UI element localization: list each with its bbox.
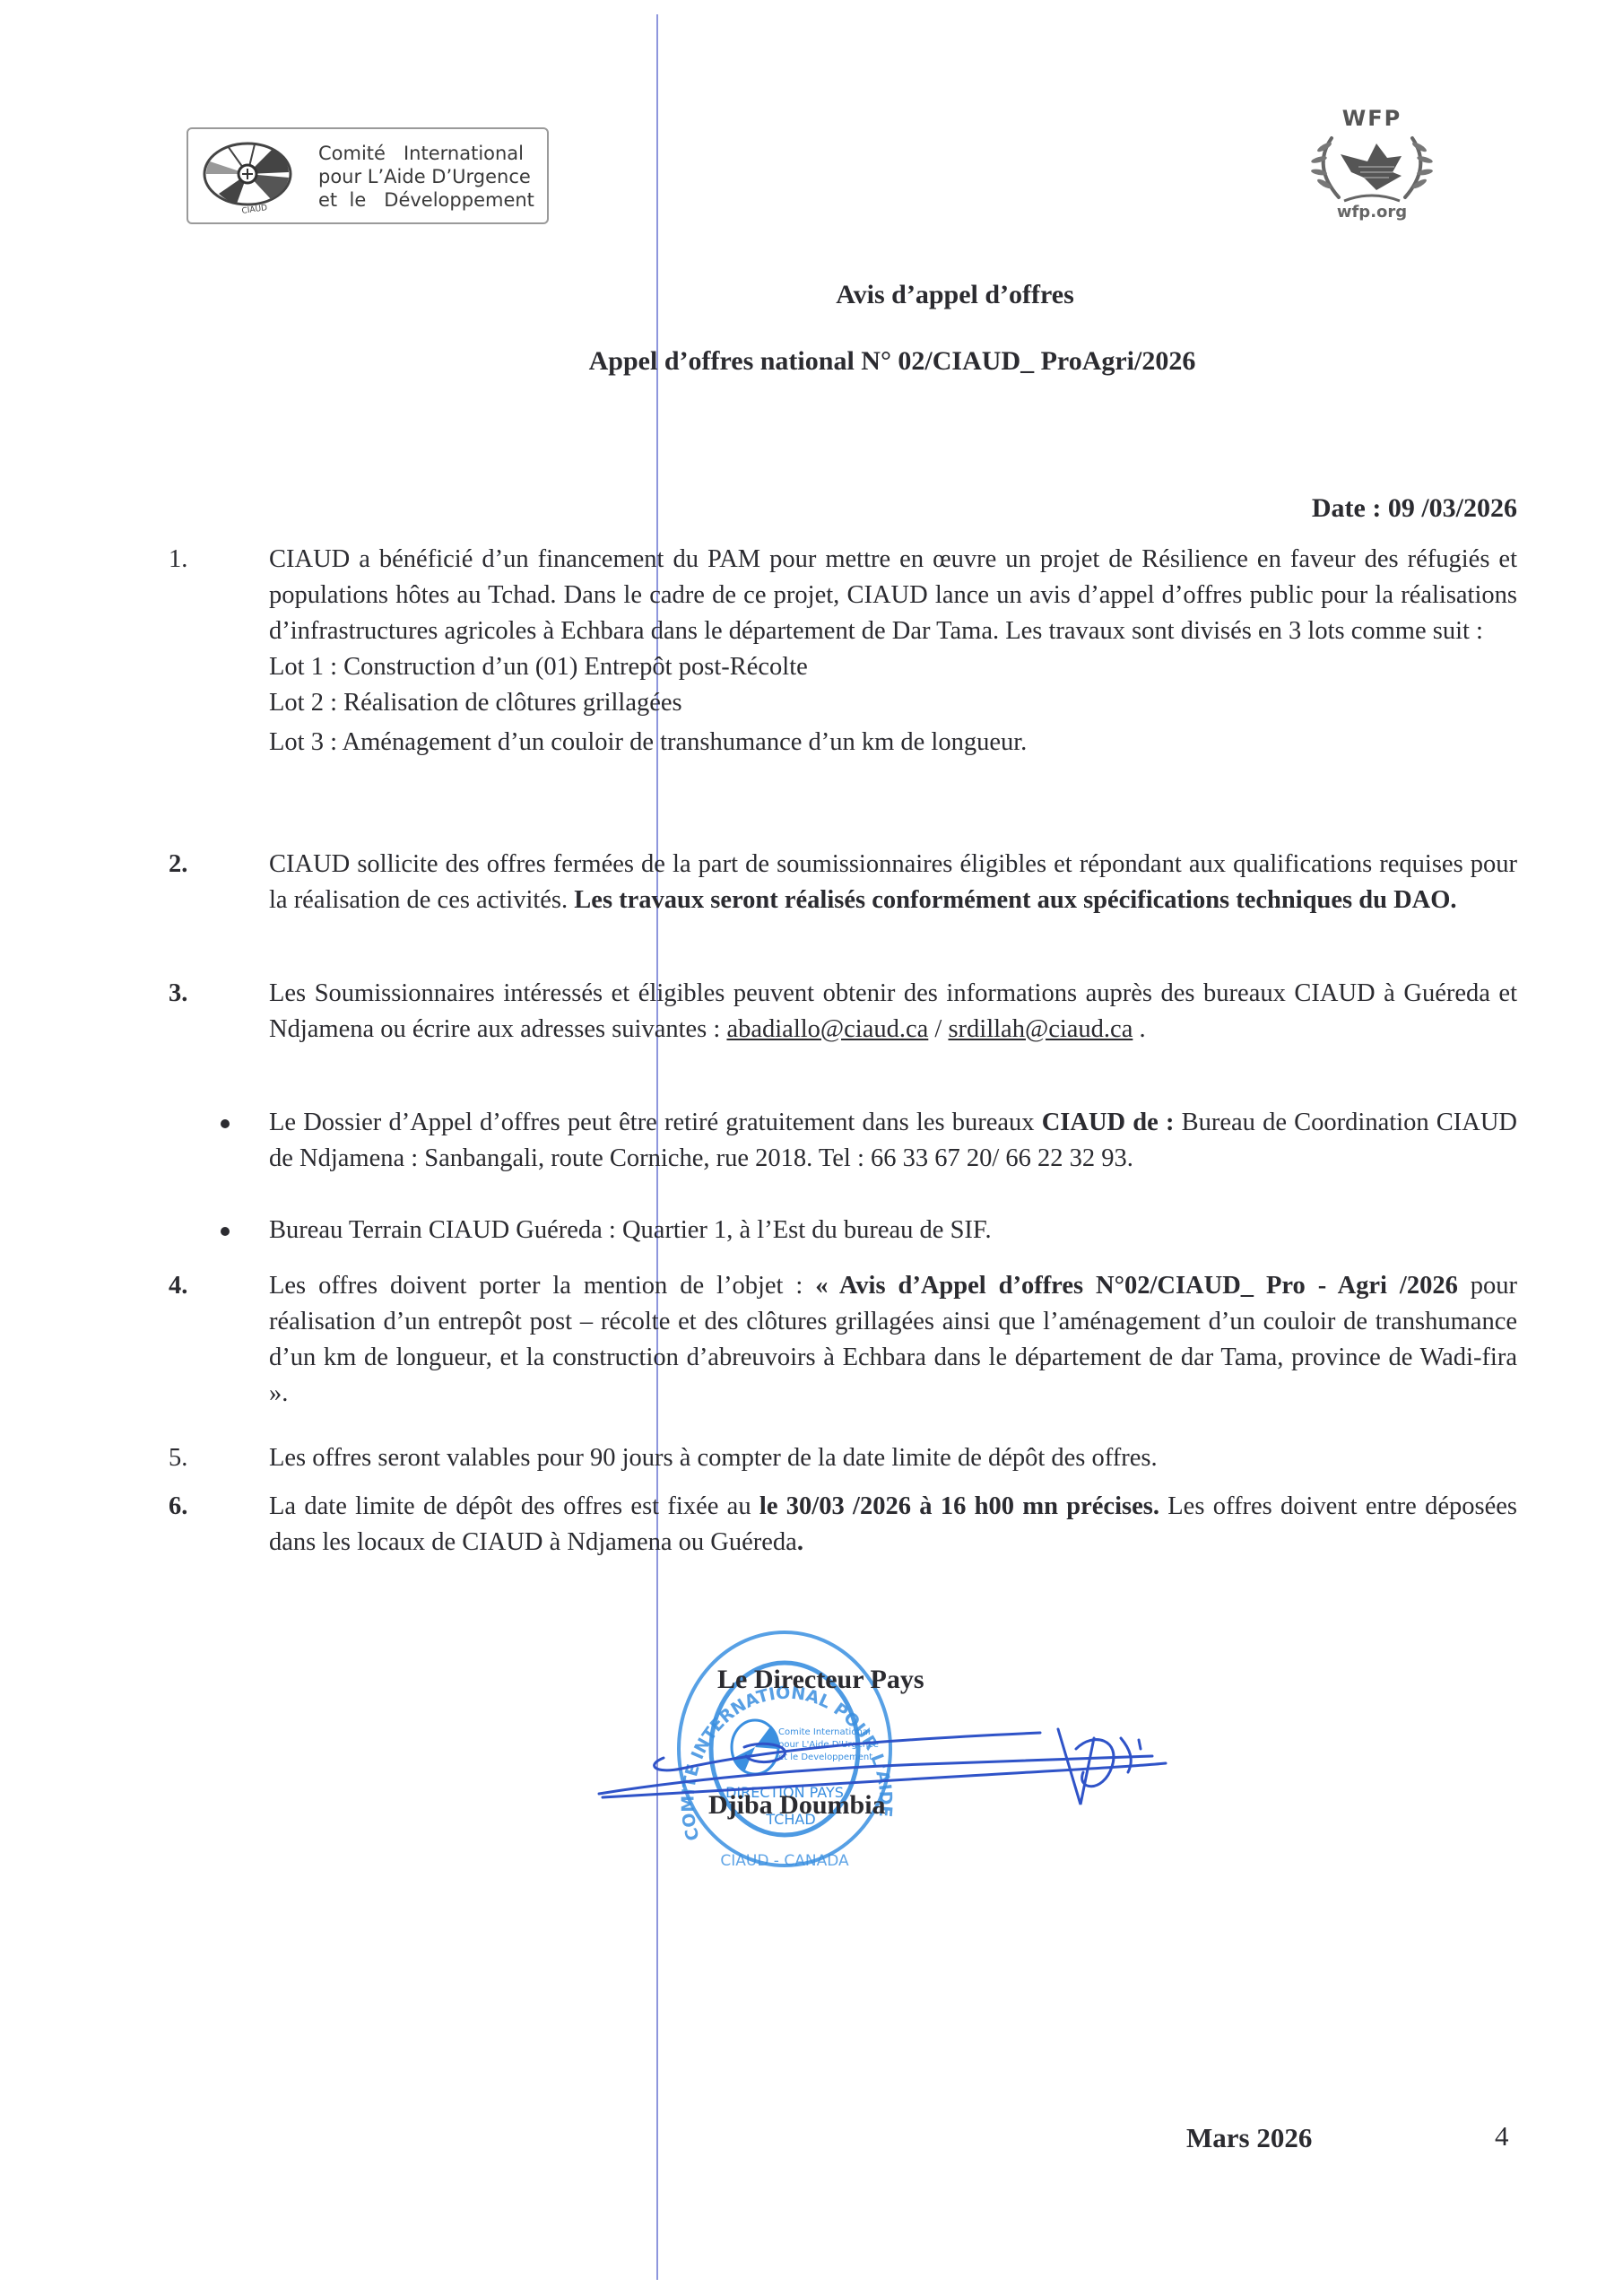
item-text: Les offres doivent porter la mention de … <box>269 1272 815 1300</box>
item-text: Les offres seront valables pour 90 jours… <box>269 1444 1158 1472</box>
item-number: 5. <box>169 1440 187 1476</box>
item-bold-text: « Avis d’Appel d’offres N°02/CIAUD_ Pro … <box>815 1272 1458 1300</box>
email-link-abadiallo[interactable]: abadiallo@ciaud.ca <box>726 1015 928 1043</box>
wfp-url: wfp.org <box>1291 203 1453 222</box>
ciaud-name-line-2: pour L’Aide D’Urgence <box>318 165 534 188</box>
item-number: 2. <box>169 847 187 883</box>
ciaud-logo: CIAUD Comité International pour L’Aide D… <box>187 127 549 224</box>
email-link-srdillah[interactable]: srdillah@ciaud.ca <box>948 1015 1133 1043</box>
lot-1: Lot 1 : Construction d’un (01) Entrepôt … <box>269 649 1517 685</box>
item-5: 5. Les offres seront valables pour 90 jo… <box>161 1440 1517 1476</box>
lot-2: Lot 2 : Réalisation de clôtures grillagé… <box>269 685 1517 721</box>
ciaud-emblem-icon: CIAUD <box>201 138 301 217</box>
item-bold-text: le 30/03 /2026 à 16 h00 mn précises. <box>759 1492 1159 1520</box>
signatory-name: Djiba Doumbia <box>708 1790 886 1821</box>
item-3: 3. Les Soumissionnaires intéressés et él… <box>161 976 1517 1048</box>
item-text: La date limite de dépôt des offres est f… <box>269 1492 759 1520</box>
handwritten-signature-icon <box>592 1614 1184 1883</box>
item-number: 6. <box>169 1489 187 1525</box>
bullet-bold-text: CIAUD de : <box>1042 1109 1175 1136</box>
bullet-1: Le Dossier d’Appel d’offres peut être re… <box>161 1105 1517 1177</box>
bullet-dot-icon <box>221 1119 230 1128</box>
bullet-2: Bureau Terrain CIAUD Guéreda : Quartier … <box>161 1213 1517 1248</box>
ciaud-name-line-3: et le Développement <box>318 188 534 212</box>
item-number: 1. <box>169 542 187 578</box>
item-number: 3. <box>169 976 187 1012</box>
wfp-wreath-icon <box>1305 131 1439 204</box>
email-separator: / <box>928 1015 948 1043</box>
bullet-text: Bureau Terrain CIAUD Guéreda : Quartier … <box>269 1216 992 1244</box>
item-number: 4. <box>169 1268 187 1304</box>
bullet-dot-icon <box>221 1227 230 1236</box>
signatory-title: Le Directeur Pays <box>717 1665 924 1695</box>
item-bold-text: Les travaux seront réalisés conformément… <box>574 886 1456 914</box>
document-title: Avis d’appel d’offres <box>143 280 1623 310</box>
item-4: 4. Les offres doivent porter la mention … <box>161 1268 1517 1412</box>
item-end: . <box>1133 1015 1145 1043</box>
ciaud-name-line-1: Comité International <box>318 142 534 165</box>
signature-block: COMITE INTERNATIONAL POUR L'AIDE D'URGEN… <box>592 1614 1184 1883</box>
wfp-logo: WFP wfp.org <box>1291 106 1453 240</box>
document-subtitle: Appel d’offres national N° 02/CIAUD_ Pro… <box>81 346 1623 377</box>
item-1: 1. CIAUD a bénéficié d’un financement du… <box>161 542 1517 761</box>
item-2: 2. CIAUD sollicite des offres fermées de… <box>161 847 1517 918</box>
footer-date: Mars 2026 <box>1186 2122 1312 2154</box>
document-date: Date : 09 /03/2026 <box>1312 493 1517 524</box>
bullet-text: Le Dossier d’Appel d’offres peut être re… <box>269 1109 1042 1136</box>
item-bold-end: . <box>797 1528 803 1556</box>
item-text: CIAUD a bénéficié d’un financement du PA… <box>269 545 1517 645</box>
page-number: 4 <box>1495 2120 1509 2152</box>
wfp-title: WFP <box>1291 106 1453 131</box>
item-6: 6. La date limite de dépôt des offres es… <box>161 1489 1517 1561</box>
lot-3: Lot 3 : Aménagement d’un couloir de tran… <box>269 725 1517 761</box>
